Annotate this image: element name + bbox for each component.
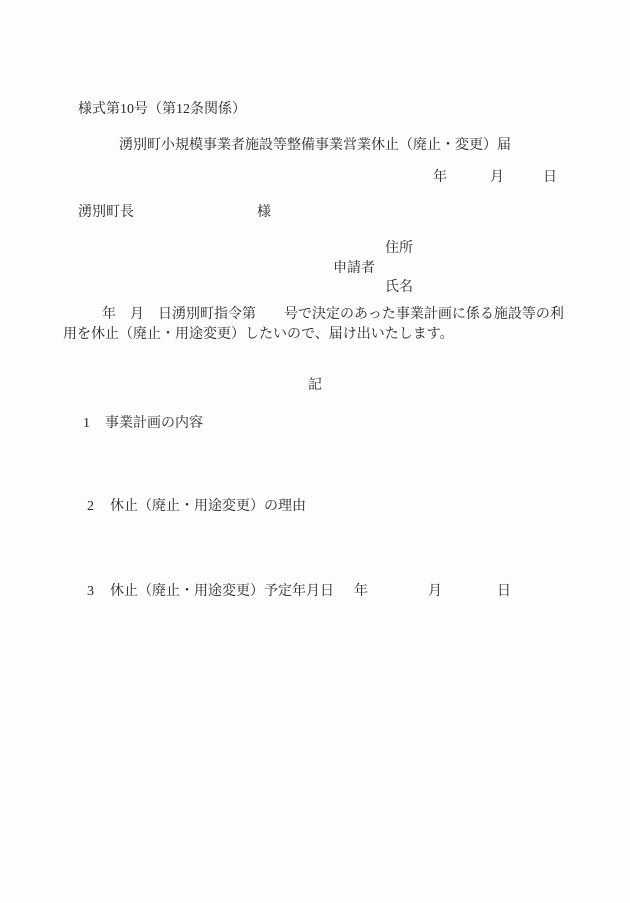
item-1-number: 1	[83, 415, 90, 433]
item-3-month-label: 月	[428, 583, 442, 601]
item-3-label: 休止（廃止・用途変更）予定年月日	[110, 583, 334, 601]
form-number: 様式第10号（第12条関係）	[78, 101, 246, 119]
document-page: 様式第10号（第12条関係） 湧別町小規模事業者施設等整備事業営業休止（廃止・変…	[0, 0, 630, 903]
addressee-name: 湧別町長	[78, 204, 134, 222]
item-2-number: 2	[87, 498, 94, 516]
date-month-label: 月	[490, 169, 504, 187]
body-line-1: 年 月 日湧別町指令第 号で決定のあった事業計画に係る施設等の利	[102, 306, 564, 324]
item-1-label: 事業計画の内容	[105, 415, 203, 433]
date-year-label: 年	[433, 169, 447, 187]
record-heading: 記	[63, 377, 567, 395]
date-day-label: 日	[543, 169, 557, 187]
item-3-number: 3	[87, 583, 94, 601]
addressee-honorific: 様	[257, 204, 271, 222]
applicant-label: 申請者	[333, 260, 375, 278]
applicant-name-label: 氏名	[385, 279, 413, 297]
item-2-label: 休止（廃止・用途変更）の理由	[110, 498, 306, 516]
applicant-address-label: 住所	[385, 240, 413, 258]
document-title: 湧別町小規模事業者施設等整備事業営業休止（廃止・変更）届	[63, 137, 567, 155]
body-line-2: 用を休止（廃止・用途変更）したいので、届け出いたします。	[63, 326, 454, 344]
item-3-day-label: 日	[497, 583, 511, 601]
item-3-year-label: 年	[354, 583, 368, 601]
